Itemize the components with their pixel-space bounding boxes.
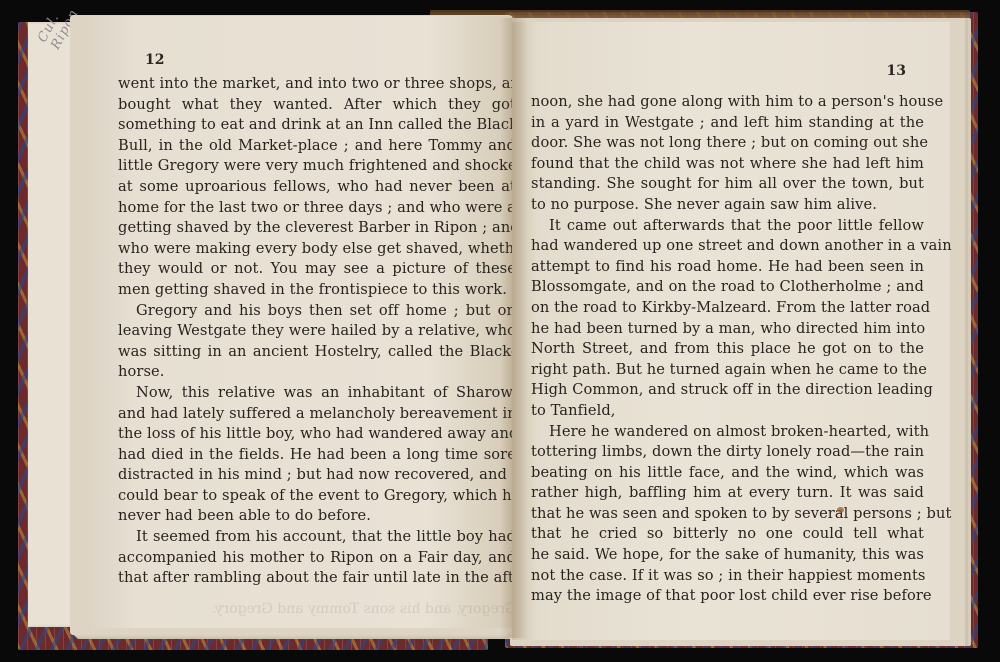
- text-line: at some uproarious fellows, who had neve…: [118, 177, 516, 198]
- show-through-caption: Tom Gregory, and his sons Tommy and Greg…: [212, 601, 551, 617]
- text-line: he had been turned by a man, who directe…: [531, 319, 924, 340]
- text-line: that after rambling about the fair until…: [118, 568, 516, 589]
- text-line: Now, this relative was an inhabitant of …: [118, 383, 516, 404]
- text-line: that he was seen and spoken to by severa…: [531, 504, 924, 525]
- text-line: he said. We hope, for the sake of humani…: [531, 545, 924, 566]
- text-line: rather high, baffling him at every turn.…: [531, 483, 924, 504]
- text-line: getting shaved by the cleverest Barber i…: [118, 218, 516, 239]
- text-line: they would or not. You may see a picture…: [118, 259, 516, 280]
- right-page: 13 noon, she had gone along with him to …: [512, 22, 950, 640]
- text-line: not the case. If it was so ; in their ha…: [531, 566, 924, 587]
- left-page: 12 went into the market, and into two or…: [92, 16, 512, 628]
- text-line: home for the last two or three days ; an…: [118, 198, 516, 219]
- text-line: Bull, in the old Market-place ; and here…: [118, 136, 516, 157]
- text-line: had wandered up one street and down anot…: [531, 236, 924, 257]
- text-line: to no purpose. She never again saw him a…: [531, 195, 924, 216]
- text-line: noon, she had gone along with him to a p…: [531, 92, 924, 113]
- text-line: may the image of that poor lost child ev…: [531, 586, 924, 607]
- text-line: had died in the fields. He had been a lo…: [118, 445, 516, 466]
- text-line: accompanied his mother to Ripon on a Fai…: [118, 548, 516, 569]
- text-line: Gregory and his boys then set off home ;…: [118, 301, 516, 322]
- text-line: bought what they wanted. After which the…: [118, 95, 516, 116]
- text-line: It seemed from his account, that the lit…: [118, 527, 516, 548]
- text-line: in a yard in Westgate ; and left him sta…: [531, 113, 924, 134]
- text-line: men getting shaved in the frontispiece t…: [118, 280, 516, 301]
- text-line: the loss of his little boy, who had wand…: [118, 424, 516, 445]
- text-line: was sitting in an ancient Hostelry, call…: [118, 342, 516, 363]
- text-line: North Street, and from this place he got…: [531, 339, 924, 360]
- text-line: to Tanfield,: [531, 401, 924, 422]
- text-line: found that the child was not where she h…: [531, 154, 924, 175]
- text-line: beating on his little face, and the wind…: [531, 463, 924, 484]
- text-line: went into the market, and into two or th…: [118, 74, 516, 95]
- text-line: right path. But he turned again when he …: [531, 360, 924, 381]
- foxing-stain: [837, 507, 844, 513]
- text-line: Here he wandered on almost broken-hearte…: [531, 422, 924, 443]
- text-line: Blossomgate, and on the road to Clotherh…: [531, 277, 924, 298]
- text-line: and had lately suffered a melancholy ber…: [118, 404, 516, 425]
- page-number: 12: [145, 52, 164, 68]
- text-line: that he cried so bitterly no one could t…: [531, 524, 924, 545]
- text-line: High Common, and struck off in the direc…: [531, 380, 924, 401]
- text-line: door. She was not long there ; but on co…: [531, 133, 924, 154]
- text-line: leaving Westgate they were hailed by a r…: [118, 321, 516, 342]
- text-line: who were making every body else get shav…: [118, 239, 516, 260]
- text-line: could bear to speak of the event to Greg…: [118, 486, 516, 507]
- text-line: tottering limbs, down the dirty lonely r…: [531, 442, 924, 463]
- text-line: never had been able to do before.: [118, 506, 516, 527]
- text-line: horse.: [118, 362, 516, 383]
- text-line: standing. She sought for him all over th…: [531, 174, 924, 195]
- text-line: attempt to find his road home. He had be…: [531, 257, 924, 278]
- text-line: something to eat and drink at an Inn cal…: [118, 115, 516, 136]
- text-line: distracted in his mind ; but had now rec…: [118, 465, 516, 486]
- right-page-text: noon, she had gone along with him to a p…: [531, 92, 924, 607]
- book-photo: Cul. Ripon 12 went into the market, and …: [0, 0, 1000, 662]
- text-line: It came out afterwards that the poor lit…: [531, 216, 924, 237]
- page-number: 13: [887, 63, 906, 79]
- text-line: little Gregory were very much frightened…: [118, 156, 516, 177]
- left-page-text: went into the market, and into two or th…: [118, 74, 516, 589]
- text-line: on the road to Kirkby-Malzeard. From the…: [531, 298, 924, 319]
